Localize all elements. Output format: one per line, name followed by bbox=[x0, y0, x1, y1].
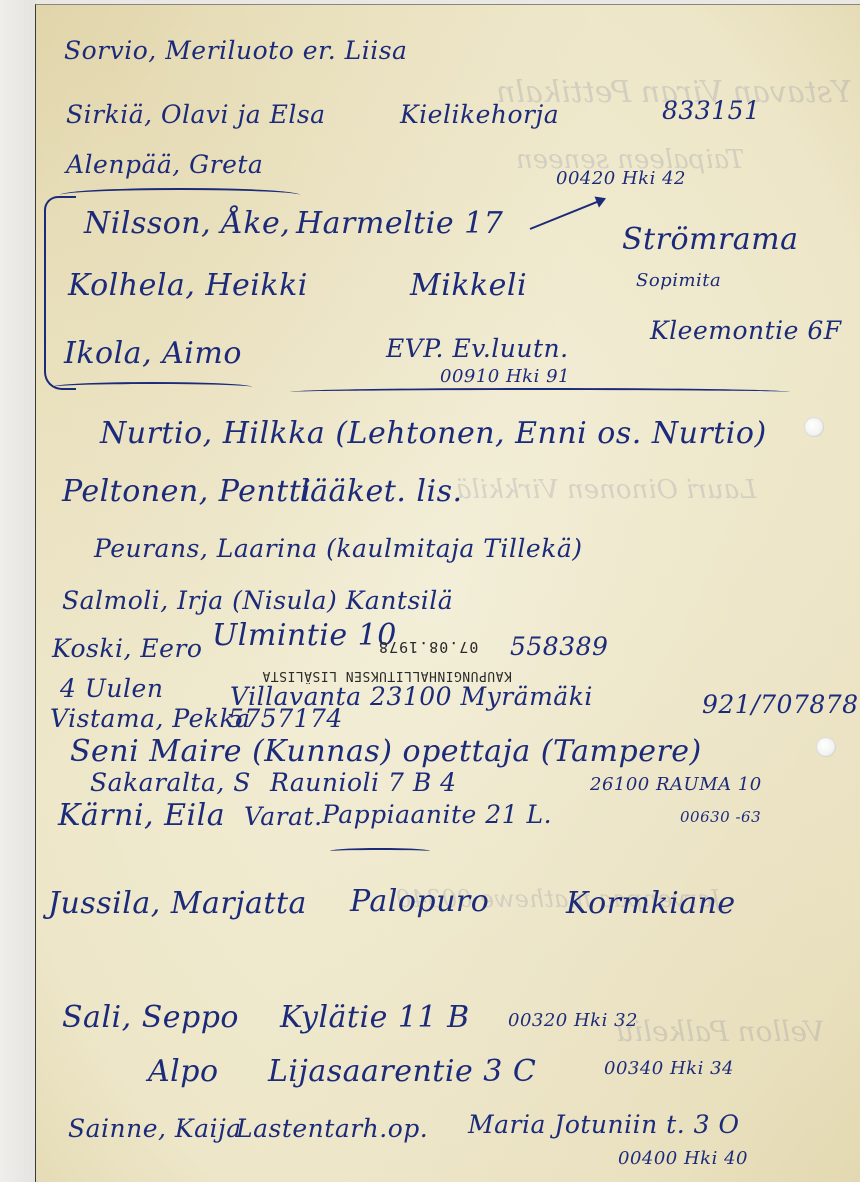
entry-note: Kormkiane bbox=[566, 886, 736, 921]
entry-phone: 833151 bbox=[662, 96, 760, 125]
entry-note: lääket. lis. bbox=[300, 474, 463, 509]
entry-postal: 00400 Hki 40 bbox=[618, 1148, 748, 1169]
entry-note: Varat. bbox=[244, 802, 323, 831]
entry-phone: 5757174 bbox=[228, 704, 343, 733]
entry-note: Strömrama bbox=[622, 222, 799, 257]
entry-address: Raunioli 7 B 4 bbox=[270, 768, 457, 797]
entry-name: Nilsson, Åke, bbox=[84, 206, 290, 241]
entry-note: Lastentarh.op. bbox=[236, 1114, 428, 1143]
entry-name: Alenpää, Greta bbox=[66, 150, 263, 179]
entry-address: Palopuro bbox=[350, 884, 489, 919]
entry-address: Harmeltie 17 bbox=[296, 206, 503, 241]
bleed-through-text: Vellon Palkeliu bbox=[616, 1015, 825, 1048]
entry-address: Kielikehorja bbox=[400, 100, 559, 129]
punch-hole-upper bbox=[804, 417, 824, 437]
entry-address: Kleemontie 6F bbox=[650, 316, 842, 345]
stamp-title: KAUPUNGINHALLITUKSEN LISÄLISTA bbox=[262, 668, 512, 683]
entry-name: Ikola, Aimo bbox=[64, 336, 242, 371]
stamp-date: 07.08.1978 bbox=[378, 638, 478, 656]
entry-name: Kolhela, Heikki bbox=[68, 268, 308, 303]
entry-address: Pappiaanite 21 L. bbox=[322, 800, 552, 829]
entry-name: Jussila, Marjatta bbox=[48, 886, 307, 921]
entry-postal: 00630 -63 bbox=[680, 808, 761, 826]
entry-name: Vistama, Pekka bbox=[50, 704, 251, 733]
entry-name: 4 Uulen bbox=[60, 674, 163, 703]
entry-name: Sali, Seppo bbox=[62, 1000, 239, 1035]
underline-stroke bbox=[52, 382, 252, 392]
entry-address: Mikkeli bbox=[410, 268, 527, 303]
entry-name: Nurtio, Hilkka (Lehtonen, Enni os. Nurti… bbox=[100, 416, 767, 451]
entry-name: Sainne, Kaija bbox=[68, 1114, 242, 1143]
entry-postal: 00340 Hki 34 bbox=[604, 1058, 734, 1079]
punch-hole-lower bbox=[816, 737, 836, 757]
entry-address: Ulmintie 10 bbox=[212, 618, 397, 653]
entry-name: Sirkiä, Olavi ja Elsa bbox=[66, 100, 326, 129]
underline-stroke bbox=[60, 188, 300, 202]
entry-name: Seni Maire (Kunnas) opettaja (Tampere) bbox=[70, 734, 702, 769]
entry-name: Salmoli, Irja (Nisula) Kantsilä bbox=[62, 586, 453, 615]
entry-postal: 00320 Hki 32 bbox=[508, 1010, 638, 1031]
entry-postal: 26100 RAUMA 10 bbox=[590, 774, 762, 795]
entry-name: Sorvio, Meriluoto er. Liisa bbox=[64, 36, 407, 65]
entry-phone: 558389 bbox=[510, 632, 608, 661]
entry-note: Sopimita bbox=[636, 270, 721, 291]
entry-address: Kylätie 11 B bbox=[280, 1000, 470, 1035]
entry-address: Maria Jotuniin t. 3 O bbox=[468, 1110, 739, 1139]
entry-name: Alpo bbox=[148, 1054, 219, 1089]
separator-stroke bbox=[330, 848, 430, 854]
entry-name: Kärni, Eila bbox=[58, 798, 225, 833]
entry-address: Lijasaarentie 3 C bbox=[268, 1054, 536, 1089]
entry-phone: 921/707878 bbox=[702, 690, 859, 719]
entry-name: Peurans, Laarina (kaulmitaja Tillekä) bbox=[94, 534, 583, 563]
entry-name: Koski, Eero bbox=[52, 634, 202, 663]
entry-name: Peltonen, Pentti bbox=[62, 474, 311, 509]
entry-title: EVP. Ev.luutn. bbox=[386, 334, 569, 363]
entry-name: Sakaralta, S bbox=[90, 768, 251, 797]
bleed-through-text: Lauri Oinonen Virkkilä bbox=[456, 475, 756, 505]
entry-postal: 00420 Hki 42 bbox=[556, 168, 686, 189]
scanner-bed-margin bbox=[0, 0, 36, 1182]
underline-stroke bbox=[290, 388, 790, 396]
entry-postal: 00910 Hki 91 bbox=[440, 366, 570, 387]
